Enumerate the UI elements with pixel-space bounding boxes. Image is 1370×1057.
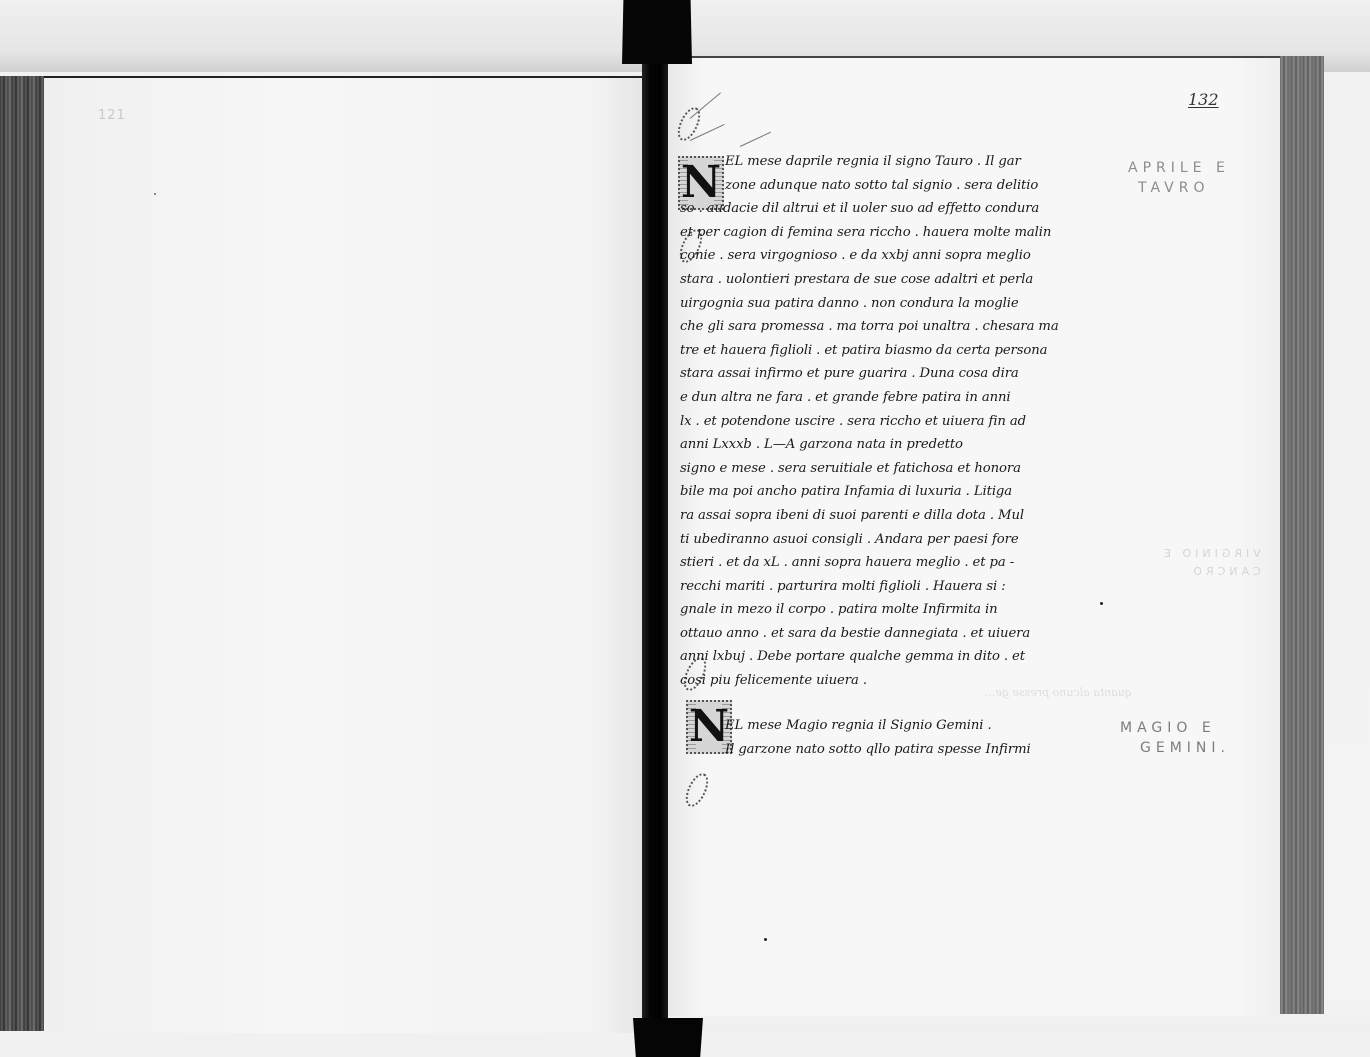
margin-note-line: GEMINI. (1120, 738, 1230, 758)
margin-note-line: TAVRO (1128, 178, 1230, 198)
margin-note-line: APRILE E (1128, 158, 1230, 178)
text-line: ottauo anno . et sara da bestie dannegia… (680, 622, 1100, 646)
bookmark-ribbon-top (622, 0, 692, 64)
text-line: tre et hauera figlioli . et patira biasm… (680, 339, 1100, 363)
text-line: signo e mese . sera seruitiale et fatich… (680, 457, 1100, 481)
text-line: lx . et potendone uscire . sera riccho e… (680, 410, 1100, 434)
bleed-through-line: VIRGINIO E (1160, 545, 1261, 563)
text-line: uirgognia sua patira danno . non condura… (680, 292, 1100, 316)
text-line: et per cagion di femina sera riccho . ha… (680, 221, 1100, 245)
book-scan: 121 132 N N EL mese daprile regnia il si… (0, 0, 1370, 1057)
text-line: recchi mariti . parturira molti figlioli… (680, 575, 1100, 599)
text-line: e dun altra ne fara . et grande febre pa… (680, 386, 1100, 410)
text-line: ti ubediranno asuoi consigli . Andara pe… (680, 528, 1100, 552)
section-aprile-tauro: EL mese daprile regnia il signo Tauro . … (680, 150, 1100, 693)
text-line: Il garzone nato sotto qllo patira spesse… (680, 738, 1100, 762)
right-folio-number: 132 (1188, 90, 1219, 109)
text-line: bile ma poi ancho patira Infamia di luxu… (680, 480, 1100, 504)
margin-note-magio-gemini: MAGIO E GEMINI. (1120, 718, 1230, 758)
text-line: stieri . et da xL . anni sopra hauera me… (680, 551, 1100, 575)
margin-note-aprile-tauro: APRILE E TAVRO (1128, 158, 1230, 198)
right-page-edges (1280, 56, 1324, 1014)
bookmark-ribbon-bottom (633, 1018, 703, 1057)
book-gutter (642, 64, 668, 1036)
text-line: gnale in mezo il corpo . patira molte In… (680, 598, 1100, 622)
section-magio-gemini: EL mese Magio regnia il Signio Gemini . … (680, 714, 1100, 761)
text-line: ra assai sopra ibeni di suoi parenti e d… (680, 504, 1100, 528)
text-line: che gli sara promessa . ma torra poi una… (680, 315, 1100, 339)
ink-dot (154, 193, 156, 195)
text-line: stara assai infirmo et pure guarira . Du… (680, 362, 1100, 386)
text-line: zone adunque nato sotto tal signio . ser… (680, 174, 1100, 198)
text-line: anni Lxxxb . L—A garzona nata in predett… (680, 433, 1100, 457)
text-line: EL mese daprile regnia il signo Tauro . … (680, 150, 1100, 174)
left-folio-number: 121 (98, 108, 126, 123)
ink-dot (764, 938, 767, 941)
bleed-through-line: CANCRO (1160, 563, 1261, 581)
margin-note-line: MAGIO E (1120, 718, 1230, 738)
text-line: conie . sera virgognioso . e da xxbj ann… (680, 244, 1100, 268)
text-line: so . audacie dil altrui et il uoler suo … (680, 197, 1100, 221)
text-line: anni lxbuj . Debe portare qualche gemma … (680, 645, 1100, 669)
text-line: EL mese Magio regnia il Signio Gemini . (680, 714, 1100, 738)
bleed-through-text: quanta alcuno presse ge... (985, 686, 1132, 699)
text-line: stara . uolontieri prestara de sue cose … (680, 268, 1100, 292)
bleed-through-margin-note: VIRGINIO E CANCRO (1160, 545, 1261, 581)
left-page-edges (0, 76, 46, 1031)
ink-dot (1100, 602, 1103, 605)
left-page (44, 76, 642, 1033)
